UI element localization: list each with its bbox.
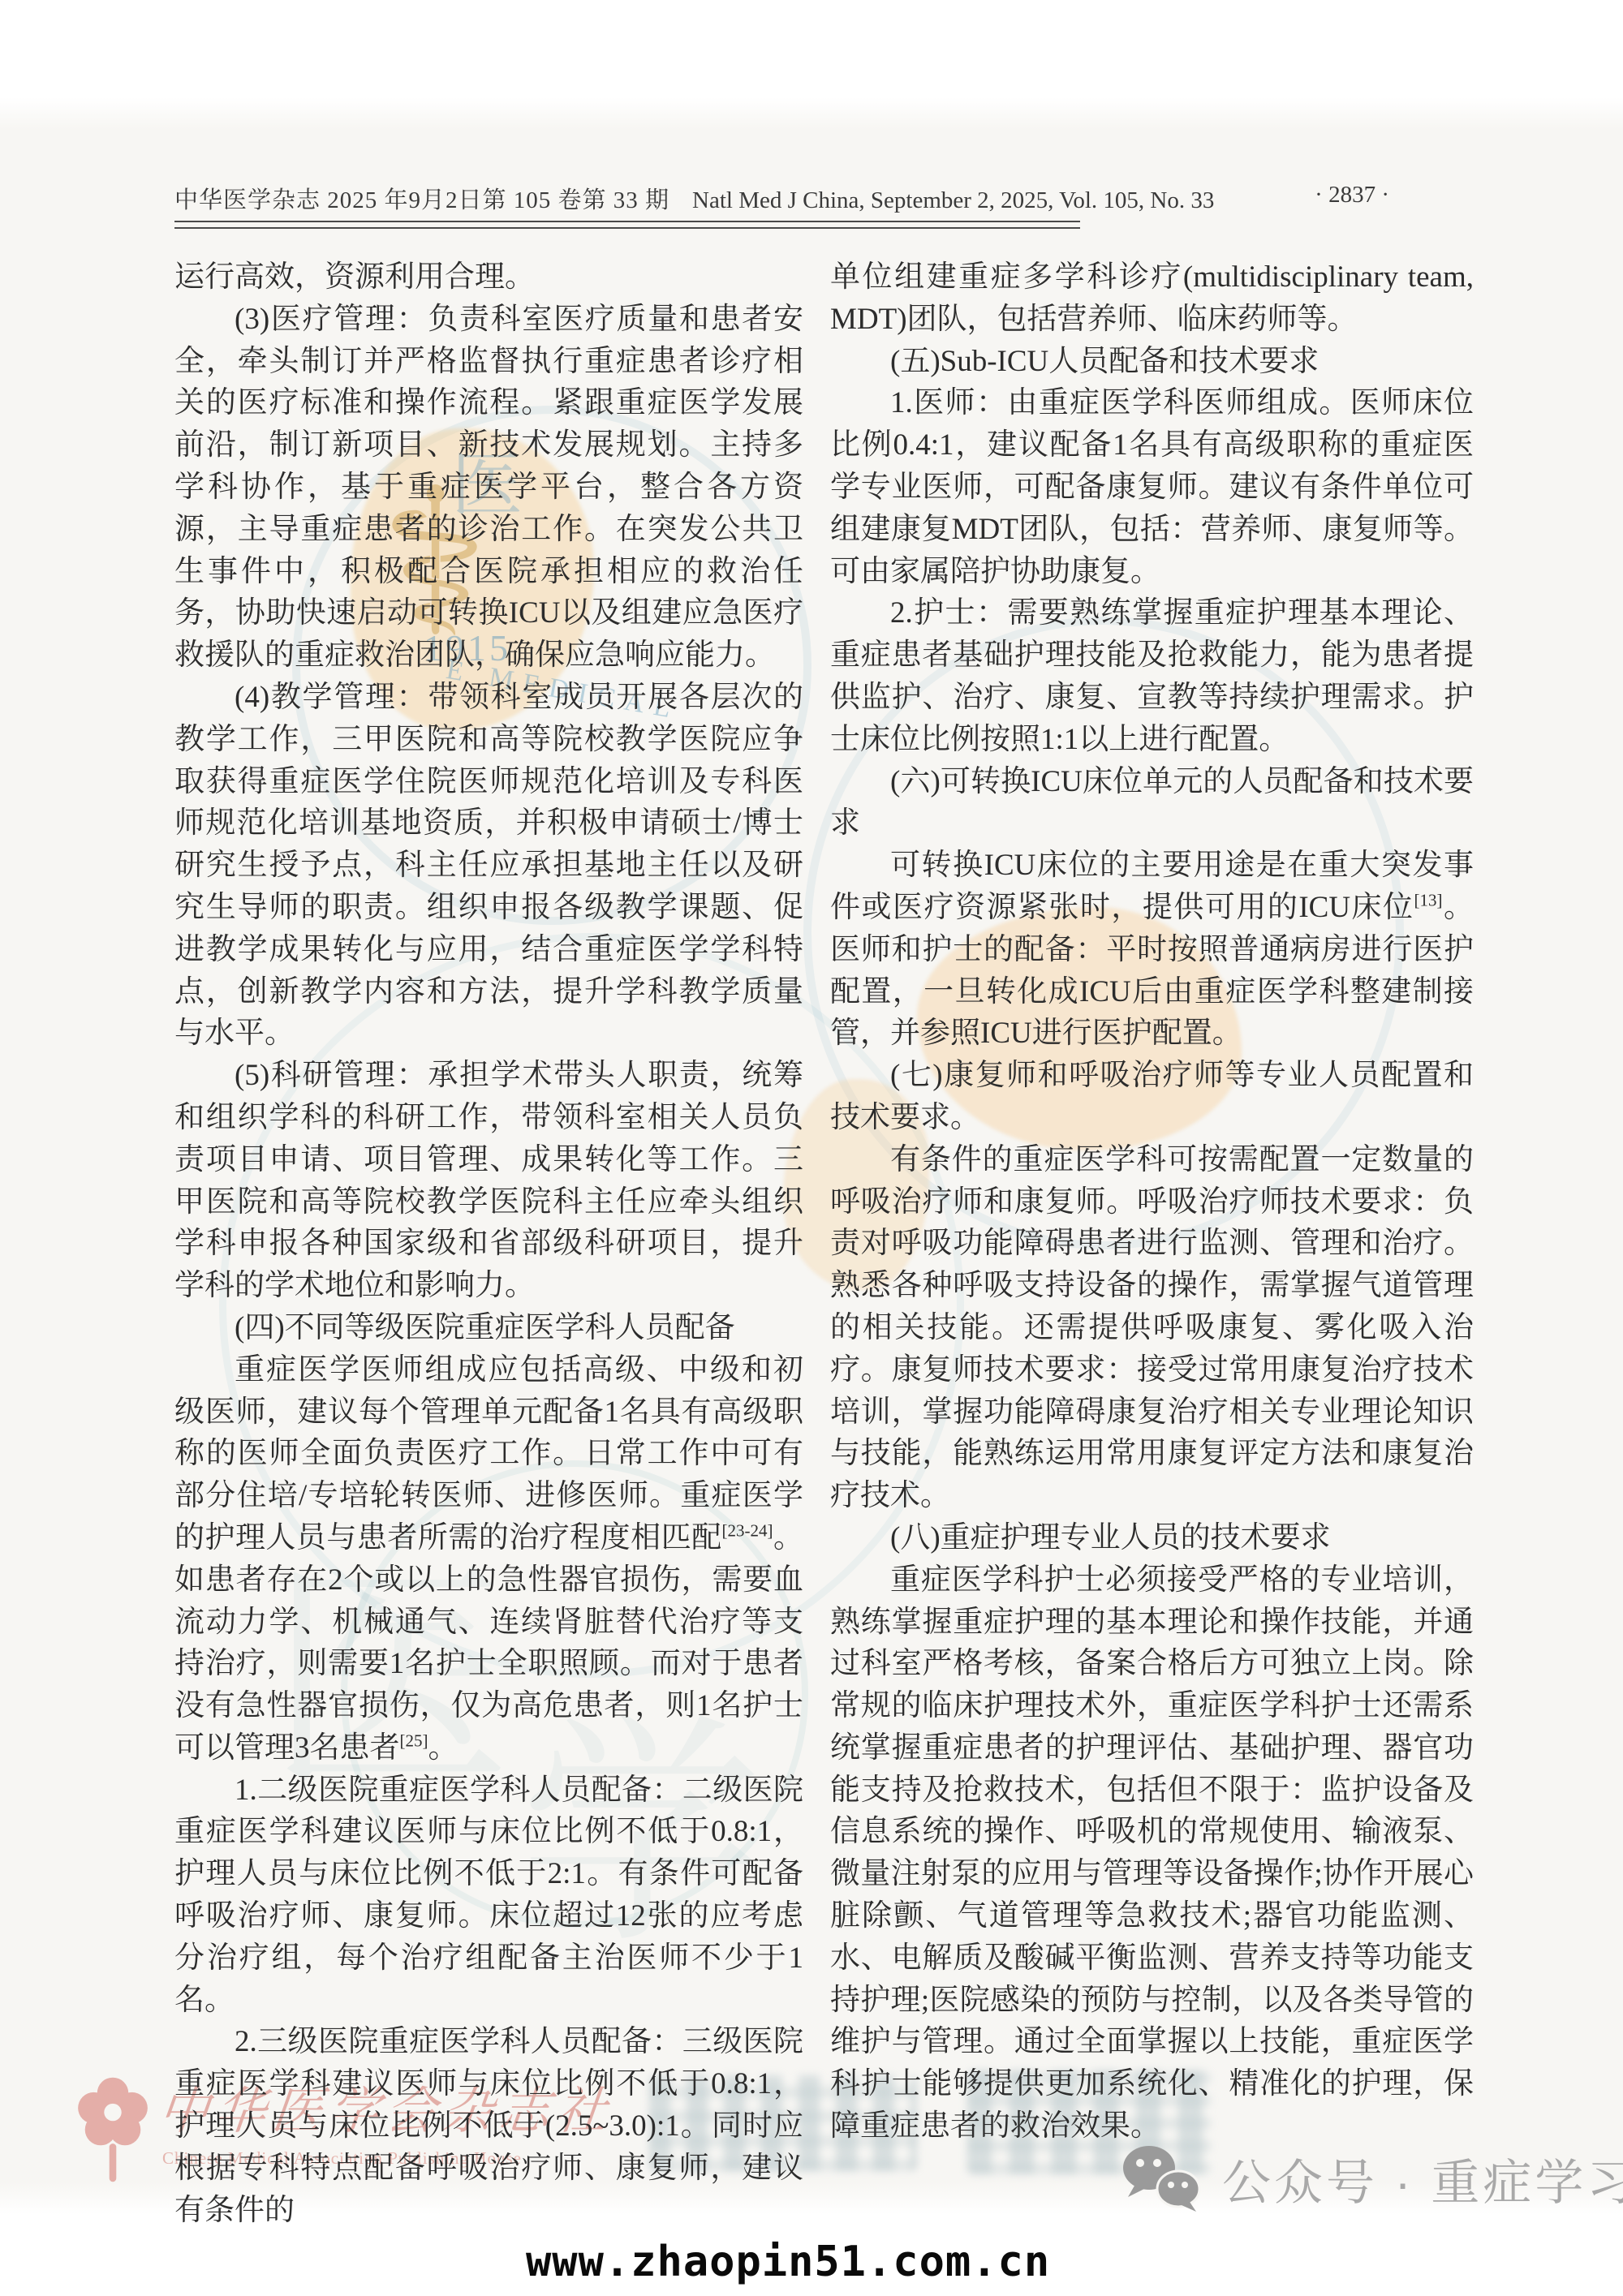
column-right: 单位组建重症多学科诊疗(multidisciplinary team, MDT)… (830, 256, 1474, 2148)
reference-superscript: [13] (1414, 891, 1443, 910)
paragraph: (4)教学管理：带领科室成员开展各层次的教学工作，三甲医院和高等院校教学医院应争… (174, 677, 803, 1055)
wechat-icon (1120, 2143, 1204, 2215)
paragraph: (5)科研管理：承担学术带头人职责，统筹和组织学科的科研工作，带领科室相关人员负… (174, 1055, 803, 1307)
wechat-account-label: 公众号 · 重症学习 (1222, 2144, 1623, 2214)
journal-title-en: Natl Med J China, September 2, 2025, Vol… (692, 187, 1214, 213)
text-run: (4)教学管理：带领科室成员开展各层次的教学工作，三甲医院和高等院校教学医院应争… (174, 681, 803, 1050)
paragraph: 有条件的重症医学科可按需配置一定数量的呼吸治疗师和康复师。呼吸治疗师技术要求：负… (830, 1139, 1474, 1517)
paragraph: (八)重症护理专业人员的技术要求 (830, 1517, 1474, 1559)
paragraph: 2.三级医院重症医学科人员配备：三级医院重症医学科建议医师与床位比例不低于0.8… (174, 2021, 803, 2231)
text-run: 运行高效，资源利用合理。 (174, 260, 535, 294)
paragraph: 可转换ICU床位的主要用途是在重大突发事件或医疗资源紧张时，提供可用的ICU床位… (830, 845, 1474, 1055)
page-number: · 2837 · (1315, 182, 1389, 209)
paragraph: 重症医学医师组成应包括高级、中级和初级医师，建议每个管理单元配备1名具有高级职称… (174, 1349, 803, 1769)
text-run: (五)Sub-ICU人员配备和技术要求 (890, 345, 1319, 378)
journal-title-cn: 中华医学杂志 2025 年9月2日第 105 卷第 33 期 (174, 187, 669, 213)
text-run: 重症医学医师组成应包括高级、中级和初级医师，建议每个管理单元配备1名具有高级职称… (174, 1353, 803, 1554)
paragraph: 重症医学科护士必须接受严格的专业培训，熟练掌握重症护理的基本理论和操作技能，并通… (830, 1559, 1474, 2148)
reference-superscript: [23-24] (722, 1521, 773, 1541)
text-run: 。 (428, 1731, 458, 1765)
text-run: 有条件的重症医学科可按需配置一定数量的呼吸治疗师和康复师。呼吸治疗师技术要求：负… (830, 1143, 1474, 1512)
publisher-plum-logo (68, 2069, 157, 2191)
text-run: 1.医师：由重症医学科医师组成。医师床位比例0.4:1，建议配备1名具有高级职称… (830, 386, 1474, 587)
header-rule (174, 227, 1080, 229)
reference-superscript: [25] (400, 1731, 428, 1751)
paragraph: 单位组建重症多学科诊疗(multidisciplinary team, MDT)… (830, 256, 1474, 341)
text-run: (四)不同等级医院重症医学科人员配备 (235, 1311, 735, 1344)
header-rule (174, 221, 1080, 222)
text-run: (3)医疗管理：负责科室医疗质量和患者安全，牵头制订并严格监督执行重症患者诊疗相… (174, 303, 803, 672)
paragraph: (七)康复师和呼吸治疗师等专业人员配置和技术要求。 (830, 1055, 1474, 1139)
text-run: (六)可转换ICU床位单元的人员配备和技术要求 (830, 765, 1474, 841)
paragraph: (六)可转换ICU床位单元的人员配备和技术要求 (830, 761, 1474, 845)
wechat-watermark: 公众号 · 重症学习 (1120, 2143, 1623, 2215)
text-run: (5)科研管理：承担学术带头人职责，统筹和组织学科的科研工作，带领科室相关人员负… (174, 1059, 803, 1302)
text-run: 1.二级医院重症医学科人员配备：二级医院重症医学科建议医师与床位比例不低于0.8… (174, 1774, 803, 2017)
text-run: 2.护士：需要熟练掌握重症护理基本理论、重症患者基础护理技能及抢救能力，能为患者… (830, 596, 1474, 755)
paragraph: 2.护士：需要熟练掌握重症护理基本理论、重症患者基础护理技能及抢救能力，能为患者… (830, 592, 1474, 760)
text-run: 重症医学科护士必须接受严格的专业培训，熟练掌握重症护理的基本理论和操作技能，并通… (830, 1563, 1474, 2143)
text-run: 2.三级医院重症医学科人员配备：三级医院重症医学科建议医师与床位比例不低于0.8… (174, 2025, 803, 2226)
page-header: 中华医学杂志 2025 年9月2日第 105 卷第 33 期Natl Med J… (174, 182, 1473, 215)
text-run: 单位组建重症多学科诊疗(multidisciplinary team, MDT)… (830, 260, 1474, 336)
paragraph: 1.二级医院重症医学科人员配备：二级医院重症医学科建议医师与床位比例不低于0.8… (174, 1769, 803, 2022)
text-run: 可转换ICU床位的主要用途是在重大突发事件或医疗资源紧张时，提供可用的ICU床位 (830, 849, 1474, 924)
paragraph: 1.医师：由重症医学科医师组成。医师床位比例0.4:1，建议配备1名具有高级职称… (830, 382, 1474, 592)
column-left: 运行高效，资源利用合理。(3)医疗管理：负责科室医疗质量和患者安全，牵头制订并严… (174, 256, 803, 2231)
paragraph: (四)不同等级医院重症医学科人员配备 (174, 1307, 803, 1349)
text-run: (七)康复师和呼吸治疗师等专业人员配置和技术要求。 (830, 1059, 1474, 1134)
journal-page: ⚕ 医 1915 E MEDICAL 医 学 中华医学杂志 2025 年9月2日… (0, 0, 1623, 2296)
text-run: (八)重症护理专业人员的技术要求 (890, 1521, 1331, 1554)
paragraph: 运行高效，资源利用合理。 (174, 256, 803, 299)
site-url-watermark: www.zhaopin51.com.cn (526, 2238, 1050, 2286)
text-run: 。如患者存在2个或以上的急性器官损伤，需要血流动力学、机械通气、连续肾脏替代治疗… (174, 1521, 803, 1765)
paragraph: (3)医疗管理：负责科室医疗质量和患者安全，牵头制订并严格监督执行重症患者诊疗相… (174, 299, 803, 677)
paragraph: (五)Sub-ICU人员配备和技术要求 (830, 341, 1474, 383)
